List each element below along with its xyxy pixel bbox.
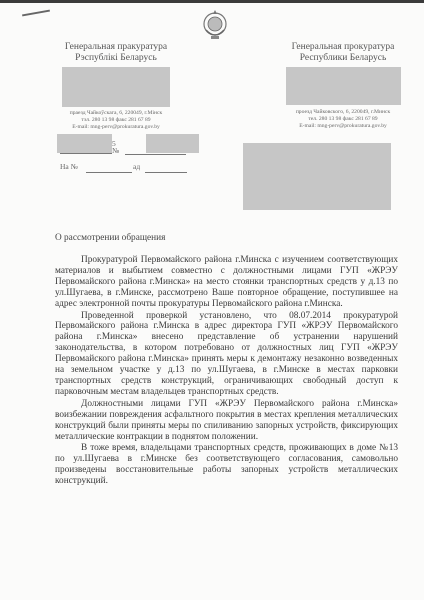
email: E-mail: mng-perv@prokuratura.gov.by: [272, 123, 414, 130]
letter-subject: О рассмотрении обращения: [55, 233, 165, 243]
number-underline: [125, 154, 186, 155]
state-emblem-icon: [202, 8, 228, 44]
org-name-belarusian: Генеральная пракуратура: [50, 42, 182, 53]
country-name-belarusian: Рэспублікі Беларусь: [50, 53, 182, 64]
date-underline: [60, 153, 112, 154]
phone: тел. 280 13 98 факс 281 67 89: [272, 116, 414, 123]
body-paragraph: Должностными лицами ГУП «ЖРЭУ Первомайск…: [55, 399, 398, 443]
address: праезд Чайкоўскага, 6, 220049, г.Мінск: [50, 110, 182, 117]
redacted-block: [286, 67, 401, 105]
body-paragraph: В тоже время, владельцами транспортных с…: [55, 443, 398, 487]
address: проезд Чайковского, 6, 220049, г.Минск: [272, 109, 414, 116]
redacted-number: [146, 134, 199, 153]
scan-top-edge: [0, 0, 424, 3]
incoming-number-label: На №: [60, 162, 78, 171]
email: E-mail: mng-perv@prokuratura.gov.by: [50, 124, 182, 131]
body-paragraph: Прокуратурой Первомайского района г.Минс…: [55, 255, 398, 310]
number-sign: №: [112, 146, 119, 155]
country-name-russian: Республики Беларусь: [272, 53, 414, 64]
scan-artifact: [22, 10, 50, 17]
redacted-date: [57, 134, 112, 153]
from-label: ад: [133, 162, 140, 171]
from-date-underline: [145, 172, 187, 173]
redacted-block: [62, 67, 170, 107]
org-name-russian: Генеральная прокуратура: [272, 42, 414, 53]
incoming-number-underline: [86, 172, 132, 173]
phone: тэл. 280 13 98 факс 281 67 89: [50, 117, 182, 124]
letterhead-left: Генеральная пракуратура Рэспублікі Белар…: [50, 42, 182, 131]
letter-body: Прокуратурой Первомайского района г.Минс…: [55, 255, 398, 487]
redacted-addressee: [243, 143, 391, 210]
letterhead-right: Генеральная прокуратура Республики Белар…: [272, 42, 414, 130]
body-paragraph: Проведенной проверкой установлено, что 0…: [55, 311, 398, 398]
